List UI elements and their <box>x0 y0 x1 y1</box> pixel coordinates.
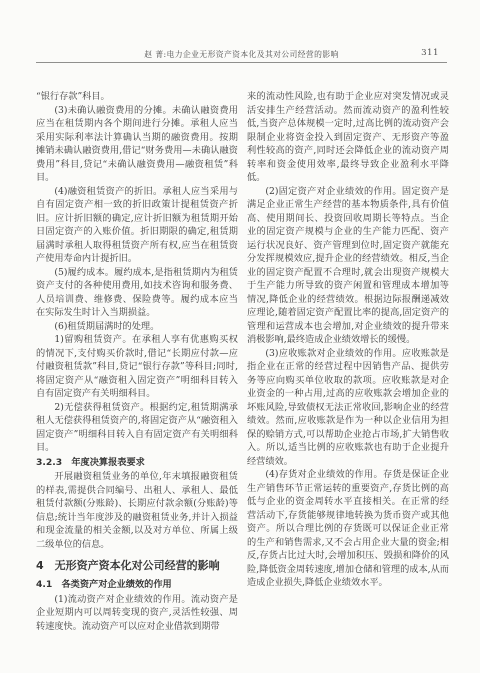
paragraph: “银行存款”科目。 <box>36 90 238 104</box>
paragraph: (3)未确认融资费用的分摊。未确认融资费用应当在租赁期内各个期间进行分摊。承租人… <box>36 104 238 185</box>
paragraph: 开展融资租赁业务的单位,年末填报融资租赁的样表,需提供合同编号、出租人、承租人、… <box>36 470 238 551</box>
section-heading: 3.2.3 年度决算报表要求 <box>36 456 238 470</box>
paragraph: (4)融资租赁资产的折旧。承租人应当采用与自有固定资产相一致的折旧政策计提租赁资… <box>36 185 238 266</box>
paragraph: (2)固定资产对企业绩效的作用。固定资产是满足企业正常生产经营的基本物质条件,具… <box>247 185 449 347</box>
two-column-body: “银行存款”科目。(3)未确认融资费用的分摊。未确认融资费用应当在租赁期内各个期… <box>36 90 449 633</box>
paragraph: (5)履约成本。履约成本,是指租赁期内为租赁资产支付的各种使用费用,如技术咨询和… <box>36 266 238 320</box>
paragraph: 2)无偿获得租赁资产。根据约定,租赁期满承租人无偿获得租赁资产的,将固定资产从“… <box>36 401 238 455</box>
section-heading: 4.1 各类资产对企业绩效的作用 <box>36 578 238 592</box>
paragraph: (4)存货对企业绩效的作用。存货是保证企业生产销售环节正常运转的重要资产,存货比… <box>247 468 449 590</box>
page-number: 311 <box>421 48 439 58</box>
paragraph: 来的流动性风险,也有助于企业应对突发情况或灵活安排生产经营活动。然而流动资产的盈… <box>247 90 449 185</box>
running-header-title: 赵 菁:电力企业无形资产资本化及其对公司经营的影响 <box>144 49 338 60</box>
left-column: “银行存款”科目。(3)未确认融资费用的分摊。未确认融资费用应当在租赁期内各个期… <box>36 90 238 633</box>
running-header: 赵 菁:电力企业无形资产资本化及其对公司经营的影响 311 <box>36 48 447 60</box>
paragraph: (1)流动资产对企业绩效的作用。流动资产是企业短期内可以周转变现的资产,灵活性较… <box>36 593 238 634</box>
paragraph: (3)应收账款对企业绩效的作用。应收账款是指企业在正常的经营过程中因销售产品、提… <box>247 347 449 469</box>
right-column: 来的流动性风险,也有助于企业应对突发情况或灵活安排生产经营活动。然而流动资产的盈… <box>247 90 449 633</box>
section-heading: 4 无形资产资本化对公司经营的影响 <box>36 559 238 573</box>
document-page: 赵 菁:电力企业无形资产资本化及其对公司经营的影响 311 “银行存款”科目。(… <box>0 0 480 673</box>
header-rule <box>36 62 447 63</box>
paragraph: 1)留购租赁资产。在承租人享有优惠购买权的情况下,支付购买价款时,借记“长期应付… <box>36 333 238 401</box>
paragraph: (6)租赁期届满时的处理。 <box>36 320 238 334</box>
